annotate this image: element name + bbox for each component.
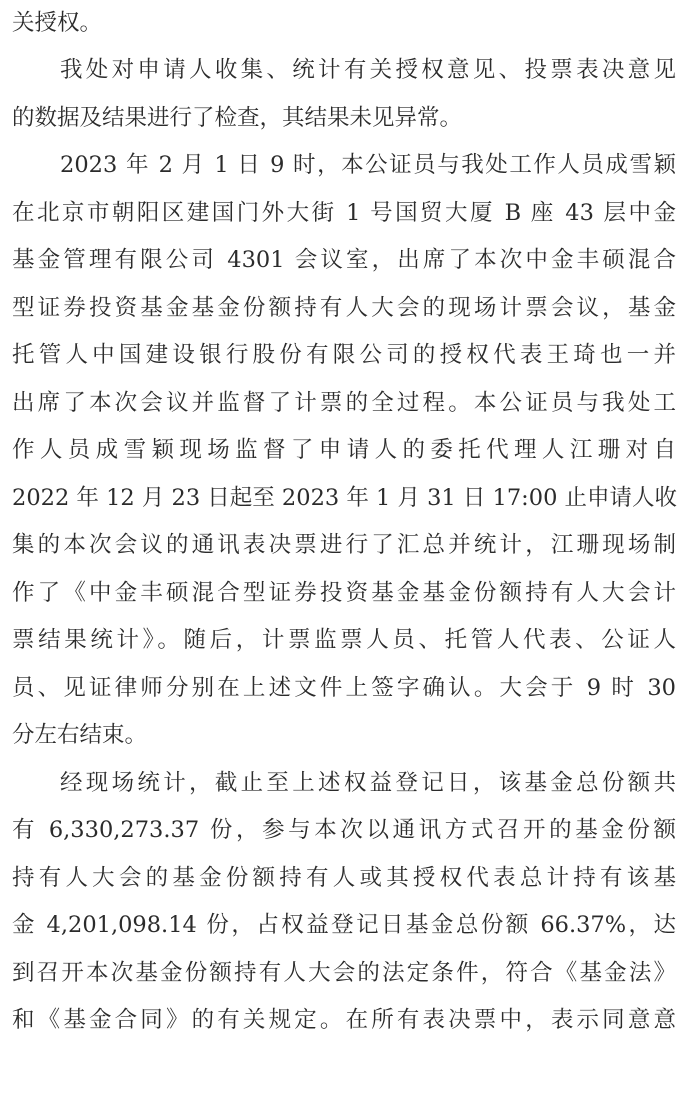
text-line: 在北京市朝阳区建国门外大街 1 号国贸大厦 B 座 43 层中金	[12, 198, 676, 228]
text-line: 员、见证律师分别在上述文件上签字确认。大会于 9 时 30	[12, 673, 676, 703]
text-line: 和《基金合同》的有关规定。在所有表决票中，表示同意意	[12, 1005, 676, 1035]
text-line: 经现场统计，截止至上述权益登记日，该基金总份额共	[60, 768, 676, 798]
text-line: 的数据及结果进行了检查，其结果未见异常。	[12, 103, 676, 133]
text-line: 集的本次会议的通讯表决票进行了汇总并统计，江珊现场制	[12, 530, 676, 560]
text-line: 型证券投资基金基金份额持有人大会的现场计票会议，基金	[12, 293, 676, 323]
text-line: 我处对申请人收集、统计有关授权意见、投票表决意见	[60, 55, 676, 85]
text-line: 关授权。	[12, 8, 676, 38]
text-line: 2022 年 12 月 23 日起至 2023 年 1 月 31 日 17:00…	[12, 483, 676, 513]
text-line: 有 6,330,273.37 份，参与本次以通讯方式召开的基金份额	[12, 815, 676, 845]
text-line: 到召开本次基金份额持有人大会的法定条件，符合《基金法》	[12, 958, 676, 988]
text-line: 作人员成雪颖现场监督了申请人的委托代理人江珊对自	[12, 435, 676, 465]
document-page: 关授权。 我处对申请人收集、统计有关授权意见、投票表决意见 的数据及结果进行了检…	[0, 0, 700, 1108]
text-line: 分左右结束。	[12, 720, 676, 750]
text-line: 基金管理有限公司 4301 会议室，出席了本次中金丰硕混合	[12, 245, 676, 275]
text-line: 票结果统计》。随后，计票监票人员、托管人代表、公证人	[12, 625, 676, 655]
text-line: 出席了本次会议并监督了计票的全过程。本公证员与我处工	[12, 388, 676, 418]
text-line: 金 4,201,098.14 份，占权益登记日基金总份额 66.37%，达	[12, 910, 676, 940]
text-line: 作了《中金丰硕混合型证券投资基金基金份额持有人大会计	[12, 578, 676, 608]
text-line: 托管人中国建设银行股份有限公司的授权代表王琦也一并	[12, 340, 676, 370]
text-line: 持有人大会的基金份额持有人或其授权代表总计持有该基	[12, 863, 676, 893]
text-line: 2023 年 2 月 1 日 9 时，本公证员与我处工作人员成雪颖	[60, 150, 676, 180]
